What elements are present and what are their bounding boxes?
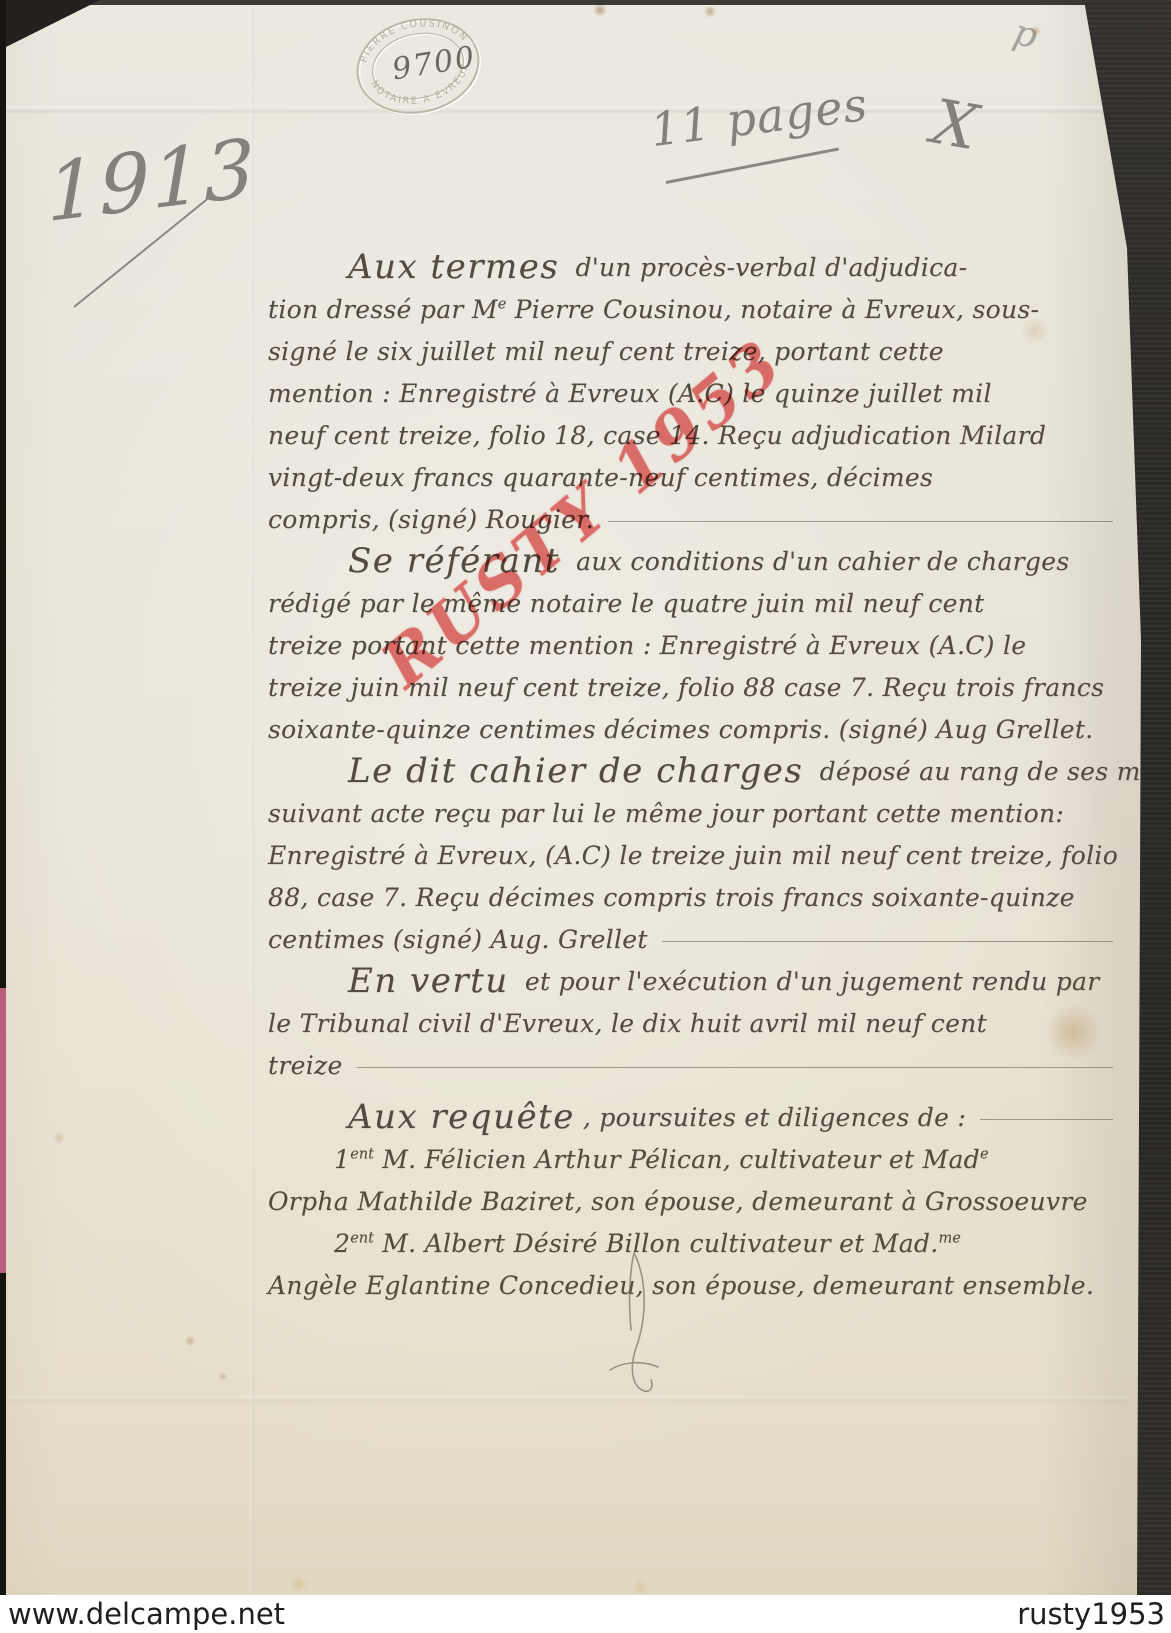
manuscript-line: neuf cent treize, folio 18, case 14. Reç… xyxy=(268,414,1113,456)
manuscript-text: Angèle Eglantine Concedieu, son épouse, … xyxy=(268,1271,1094,1300)
watermark-seller-right: rusty1953 xyxy=(1017,1597,1165,1631)
stain-spot xyxy=(592,4,608,16)
manuscript-line: signé le six juillet mil neuf cent treiz… xyxy=(268,330,1113,372)
manuscript-text: aux conditions d'un cahier de charges xyxy=(568,547,1070,576)
manuscript-line: Aux requête, poursuites et diligences de… xyxy=(268,1096,1113,1138)
manuscript-text: suivant acte reçu par lui le même jour p… xyxy=(268,799,1064,828)
manuscript-text: soixante-quinze centimes décimes compris… xyxy=(268,715,1093,744)
manuscript-line: Se référant aux conditions d'un cahier d… xyxy=(268,540,1113,582)
paragraph-lead: En vertu xyxy=(348,961,509,1001)
manuscript-text: le Tribunal civil d'Evreux, le dix huit … xyxy=(268,1009,987,1038)
manuscript-text: treize juin mil neuf cent treize, folio … xyxy=(268,673,1104,702)
manuscript-text: treize portant cette mention : Enregistr… xyxy=(268,631,1026,660)
pages-count-annotation: 11 pages xyxy=(648,77,871,157)
stain-spot xyxy=(703,6,717,17)
manuscript-text: centimes (signé) Aug. Grellet xyxy=(268,925,648,954)
paragraph-lead: Se référant xyxy=(348,541,560,581)
paragraph-lead: Aux requête xyxy=(348,1097,575,1137)
scanned-document-page: PIERRE COUSINON NOTAIRE A EVREUX 9700 19… xyxy=(0,0,1171,1633)
manuscript-text: neuf cent treize, folio 18, case 14. Reç… xyxy=(268,421,1046,450)
paragraph: Se référant aux conditions d'un cahier d… xyxy=(268,540,1113,750)
manuscript-line: 1ent M. Félicien Arthur Pélican, cultiva… xyxy=(268,1138,1113,1180)
left-scan-edge xyxy=(0,1273,6,1595)
stain-spot xyxy=(52,1132,66,1144)
year-annotation: 1913 xyxy=(46,121,258,240)
manuscript-line: Le dit cahier de charges déposé au rang … xyxy=(268,750,1113,792)
top-left-corner-edge xyxy=(0,0,100,50)
manuscript-body: Aux termes d'un procès-verbal d'adjudica… xyxy=(268,246,1113,1306)
manuscript-text: 1ent M. Félicien Arthur Pélican, cultiva… xyxy=(334,1145,989,1174)
manuscript-line: le Tribunal civil d'Evreux, le dix huit … xyxy=(268,1002,1113,1044)
manuscript-line: treize juin mil neuf cent treize, folio … xyxy=(268,666,1113,708)
pages-underline-stroke xyxy=(666,147,839,184)
manuscript-text: , poursuites et diligences de : xyxy=(583,1103,966,1132)
manuscript-text: d'un procès-verbal d'adjudica- xyxy=(567,253,967,282)
manuscript-line: rédigé par le même notaire le quatre jui… xyxy=(268,582,1113,624)
manuscript-text: rédigé par le même notaire le quatre jui… xyxy=(268,589,984,618)
manuscript-text: treize xyxy=(268,1051,343,1080)
stain-spot xyxy=(630,1580,652,1594)
manuscript-line: Aux termes d'un procès-verbal d'adjudica… xyxy=(268,246,1113,288)
manuscript-line: Angèle Eglantine Concedieu, son épouse, … xyxy=(268,1264,1113,1306)
paragraph-end-rule xyxy=(980,1119,1113,1120)
x-mark-annotation: X xyxy=(927,85,983,165)
paragraph-end-rule xyxy=(608,521,1113,522)
manuscript-text: et pour l'exécution d'un jugement rendu … xyxy=(517,967,1100,996)
manuscript-line: Enregistré à Evreux, (A.C) le treize jui… xyxy=(268,834,1113,876)
manuscript-text: compris, (signé) Rougier. xyxy=(268,505,594,534)
manuscript-line: suivant acte reçu par lui le même jour p… xyxy=(268,792,1113,834)
paragraph-end-rule xyxy=(357,1067,1113,1068)
paragraph-lead: Le dit cahier de charges xyxy=(348,751,803,791)
left-scan-edge xyxy=(0,0,6,988)
paragraph: Aux requête, poursuites et diligences de… xyxy=(268,1096,1113,1306)
top-scan-edge xyxy=(0,0,1092,5)
paragraph-end-rule xyxy=(662,941,1113,942)
corner-pencil-mark: p xyxy=(1009,12,1041,57)
manuscript-line: Orpha Mathilde Baziret, son épouse, deme… xyxy=(268,1180,1113,1222)
manuscript-text: Enregistré à Evreux, (A.C) le treize jui… xyxy=(268,841,1118,870)
crease-line xyxy=(0,1396,1130,1404)
manuscript-line: centimes (signé) Aug. Grellet xyxy=(268,918,1113,960)
manuscript-text: mention : Enregistré à Evreux (A.C) le q… xyxy=(268,379,992,408)
manuscript-line: En vertu et pour l'exécution d'un jugeme… xyxy=(268,960,1113,1002)
watermark-site-left: www.delcampe.net xyxy=(8,1597,285,1631)
manuscript-line: 2ent M. Albert Désiré Billon cultivateur… xyxy=(268,1222,1113,1264)
manuscript-line: treize portant cette mention : Enregistr… xyxy=(268,624,1113,666)
manuscript-line: tion dressé par Me Pierre Cousinou, nota… xyxy=(268,288,1113,330)
manuscript-line: soixante-quinze centimes décimes compris… xyxy=(268,708,1113,750)
stain-spot xyxy=(286,1576,312,1592)
manuscript-line: compris, (signé) Rougier. xyxy=(268,498,1113,540)
manuscript-text: déposé au rang de ses minutes xyxy=(811,757,1171,786)
manuscript-line: 88, case 7. Reçu décimes compris trois f… xyxy=(268,876,1113,918)
paragraph: En vertu et pour l'exécution d'un jugeme… xyxy=(268,960,1113,1086)
manuscript-text: 88, case 7. Reçu décimes compris trois f… xyxy=(268,883,1075,912)
paraph-flourish xyxy=(600,1250,670,1409)
paragraph: Le dit cahier de charges déposé au rang … xyxy=(268,750,1113,960)
stain-spot xyxy=(184,1336,196,1346)
paragraph-lead: Aux termes xyxy=(348,247,559,287)
bottom-watermark-bar: www.delcampe.net rusty1953 xyxy=(0,1595,1171,1633)
paragraph: Aux termes d'un procès-verbal d'adjudica… xyxy=(268,246,1113,540)
manuscript-line: mention : Enregistré à Evreux (A.C) le q… xyxy=(268,372,1113,414)
manuscript-text: tion dressé par Me Pierre Cousinou, nota… xyxy=(268,295,1039,324)
manuscript-text: signé le six juillet mil neuf cent treiz… xyxy=(268,337,944,366)
stain-spot xyxy=(218,1372,228,1381)
manuscript-text: Orpha Mathilde Baziret, son épouse, deme… xyxy=(268,1187,1088,1216)
manuscript-line: vingt-deux francs quarante-neuf centimes… xyxy=(268,456,1113,498)
manuscript-line: treize xyxy=(268,1044,1113,1086)
crease-line xyxy=(250,0,254,1595)
spine-pink-edge xyxy=(0,988,6,1273)
manuscript-text: vingt-deux francs quarante-neuf centimes… xyxy=(268,463,933,492)
